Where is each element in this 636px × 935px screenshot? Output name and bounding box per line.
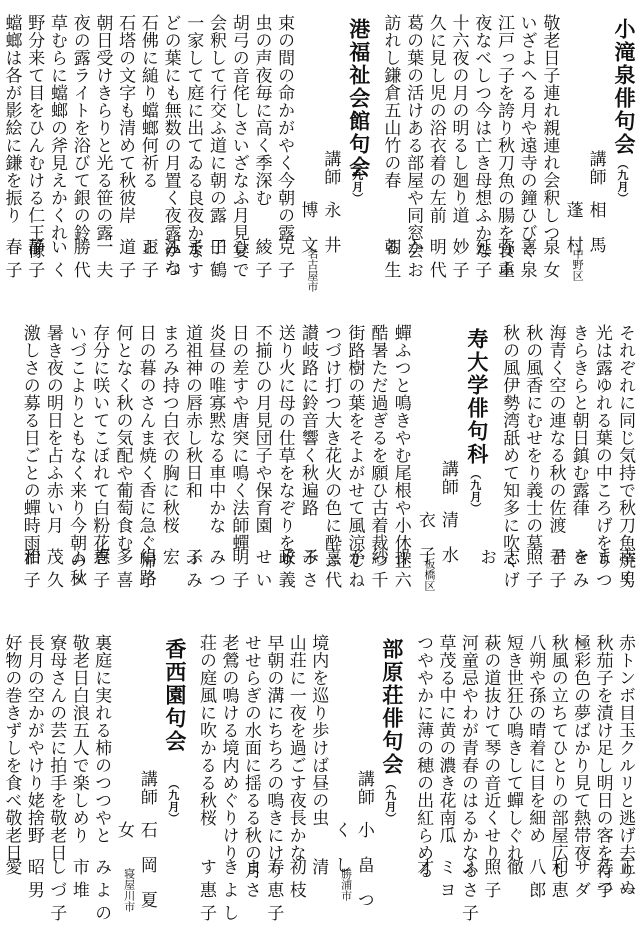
haiku-entry: 酷暑ただ過ぎるを願ひ古着裁つ紗千子 [365,318,388,614]
haiku-entry: 夜なべしつ今は亡き母想ふかな延子 [470,8,493,304]
lecturer: 講師 相馬蓬村 [583,8,607,304]
haiku-entry: 一家して庭に出てゐる良夜かなます江 [182,8,205,304]
haiku-entry: 敬老日子連れ親連れ会釈しつ泉女 [538,8,561,304]
place-label: 寝屋川市 [112,628,134,928]
haiku-entry: 草茂る中に黄の濃き花南瓜ミヨ [434,628,456,928]
haiku-entry: 讃岐路に鈴音響く秋遍路みさ子 [296,318,319,614]
haiku-entry: 境内を巡り歩けば昼の虫清 [307,628,329,928]
haiku-entry: 裏庭に実れる柿のつつやとみよの [90,628,112,928]
place-label: 板橋区 [412,318,435,614]
haiku-entry: 虫の声夜毎に高く季深む綾子 [250,8,273,304]
haiku-entry: 八朔や孫の晴着に目を細め八郎 [524,628,546,928]
haiku-entry: せせらぎの水面に揺るる秋の月まさ [239,628,261,928]
haiku-entry: 炎昼の唯寡黙なる車中かなみつ子 [203,318,226,614]
haiku-entry: 山荘に一夜を過ごす夜長かな初枝 [284,628,306,928]
haiku-entry: 街路樹の葉をそよがせて風涼しかね [342,318,365,614]
haiku-entry: まろみ持つ白衣の胸に秋桜宏 [157,318,180,614]
place-label: 中野区 [560,8,583,304]
haiku-entry: 夜の露ライトを浴びて銀の鈴勝代 [68,8,91,304]
haiku-entry: 萩の道抜けて琴の音近くせり照子 [479,628,501,928]
haiku-entry: つややかに薄の穂の出紅らめる才 [412,628,434,928]
lecturer: 講師 永井博文 [318,8,342,304]
haiku-entry: 光は露ゆれる葉の中ころげをりまつを [590,318,613,614]
haiku-entry: 激しさの募る日ごとの蟬時雨和子 [18,318,41,614]
haiku-entry: 秋の風香にむせをり義士の墓照子 [520,318,543,614]
haiku-entry: 道祖神の唇赤し秋日和ふみ [180,318,203,614]
haiku-entry: どの葉にも無数の月置く夜露かなみつお [159,8,182,304]
haiku-entry: 老鶯の鳴ける境内めぐりけりきよし [217,628,239,928]
place-label: 勝浦市 [329,628,351,928]
haiku-entry: 秋の風伊勢湾舐めて知多に吹く志げお [497,318,520,614]
haiku-entry: 訪れし鎌倉五山竹の春朝生 [379,8,402,304]
haiku-entry: 朝日受けきらりと光る笹の露一夫 [91,8,114,304]
haiku-entry: 束の間の命かがやく今朝の露克子 [272,8,295,304]
haiku-entry: いづこよりともなく来り今朝の秋ムメ [64,318,87,614]
group-title-kotakizumi: 小滝泉俳句会 （九月） [607,8,636,304]
haiku-entry: 石佛に縋り蟷螂何祈る正子 [136,8,159,304]
haiku-entry: 久に見し児の浴衣着の左前明代 [424,8,447,304]
haiku-entry: それぞれに同じ気持で秋刀魚焼く幸男 [613,318,636,614]
haiku-entry: 好物の巻きずしを食べ敬老日愛 [0,628,22,928]
page-band-middle: それぞれに同じ気持で秋刀魚焼く幸男 光は露ゆれる葉の中ころげをりまつを きらきら… [0,318,636,614]
haiku-entry: 日の暮のさんま焼く香に急ぐ帰路絹子 [133,318,156,614]
haiku-entry: 極彩色の夢ばかり見て熱帯夜サダ [569,628,591,928]
haiku-entry: 河童忌やわが青春のはるかなるふさ子 [457,628,479,928]
haiku-entry: いざよへる月や遠寺の鐘ひびく喜泉 [515,8,538,304]
haiku-entry: 敬老日白浪五人で楽しめり市堆 [67,628,89,928]
place-label: 名古屋市 [295,8,318,304]
haiku-entry: 蟬ふつと鳴きやむ尾根や小休止操六 [389,318,412,614]
haiku-entry: つづけ打つ大き花火の色に酔ふ喜代子 [319,318,342,614]
haiku-entry: 赤トンボ目玉クルリと逃げ去りぬ正一 [614,628,636,928]
haiku-entry: 野分来て目をひんむける仁王像静子 [23,8,46,304]
haiku-entry: 海青く空の連なる秋の佐渡君子 [543,318,566,614]
haiku-entry: 何となく秋の気配や葡萄食む多喜恵 [110,318,133,614]
haiku-entry: 寮母さんの芸に拍手を敬老日しづ子 [45,628,67,928]
haiku-entry: 胡弓の音侘しさいざなふ月見宴ひで子 [227,8,250,304]
haiku-entry: 短き世狂ひ鳴きして蟬しぐれ徹 [501,628,523,928]
haiku-entry: 十六夜の月の明るし廻り道妙子 [447,8,470,304]
haiku-entry: 草むらに蟷螂の斧見えかくれいく子 [45,8,68,304]
haiku-entry: 会釈して行交ふ道に朝の露田鶴子 [204,8,227,304]
haiku-entry: 秋風の立ちてひとりの部屋広し和恵 [546,628,568,928]
haiku-entry: 暑き夜の明日を占ふ赤い月茂久治 [41,318,64,614]
haiku-entry: 送り火に母の仕草をなぞりをり政義 [273,318,296,614]
haiku-entry: 荘の庭風に吹かるる秋桜す惠子 [195,628,217,928]
haiku-entry: 葛の葉の活けある部屋や同窓会かおる [401,8,424,304]
lecturer: 講師 小畠つくし [352,628,375,928]
group-title-kozaien: 香西園句会 （九月） [158,628,187,928]
group-title-hebara: 部原荘俳句会 （九月） [375,628,404,928]
haiku-entry: 蟷螂は各が影絵に鎌を振り春子 [0,8,23,304]
page-band-bottom: 赤トンボ目玉クルリと逃げ去りぬ正一 秋茄子を漬け足し明日の客を待つ芳子 極彩色の… [0,628,636,928]
group-title-kotobuki: 寿大学俳句科 （九月） [459,318,489,614]
group-title-minato: 港福祉会館句会 （九月） [341,8,370,304]
haiku-entry: 存分に咲いてこぼれて白粉花巻子 [87,318,110,614]
haiku-entry: 日の差すや唐突に鳴く法師蟬明子 [226,318,249,614]
haiku-entry: 長月の空かがやけり姥捨野昭男 [22,628,44,928]
lecturer: 講師 石岡夏女 [135,628,158,928]
haiku-entry: 石塔の文字も清めて秋彼岸道子 [113,8,136,304]
haiku-entry: 秋茄子を漬け足し明日の客を待つ芳子 [591,628,613,928]
haiku-entry: 不揃ひの月見団子や保育園せい [249,318,272,614]
lecturer: 講師 清水衣子 [435,318,459,614]
haiku-entry: きらきらと朝日鎮む露葎きみ子 [566,318,589,614]
haiku-entry: 江戸っ子を誇り秋刀魚の腸を食ふ弥重 [492,8,515,304]
page-band-top: 小滝泉俳句会 （九月） 講師 相馬蓬村 中野区 敬老日子連れ親連れ会釈しつ泉女 … [0,8,636,304]
haiku-entry: 早朝の溝にちちろの鳴きにけり寿恵子 [262,628,284,928]
